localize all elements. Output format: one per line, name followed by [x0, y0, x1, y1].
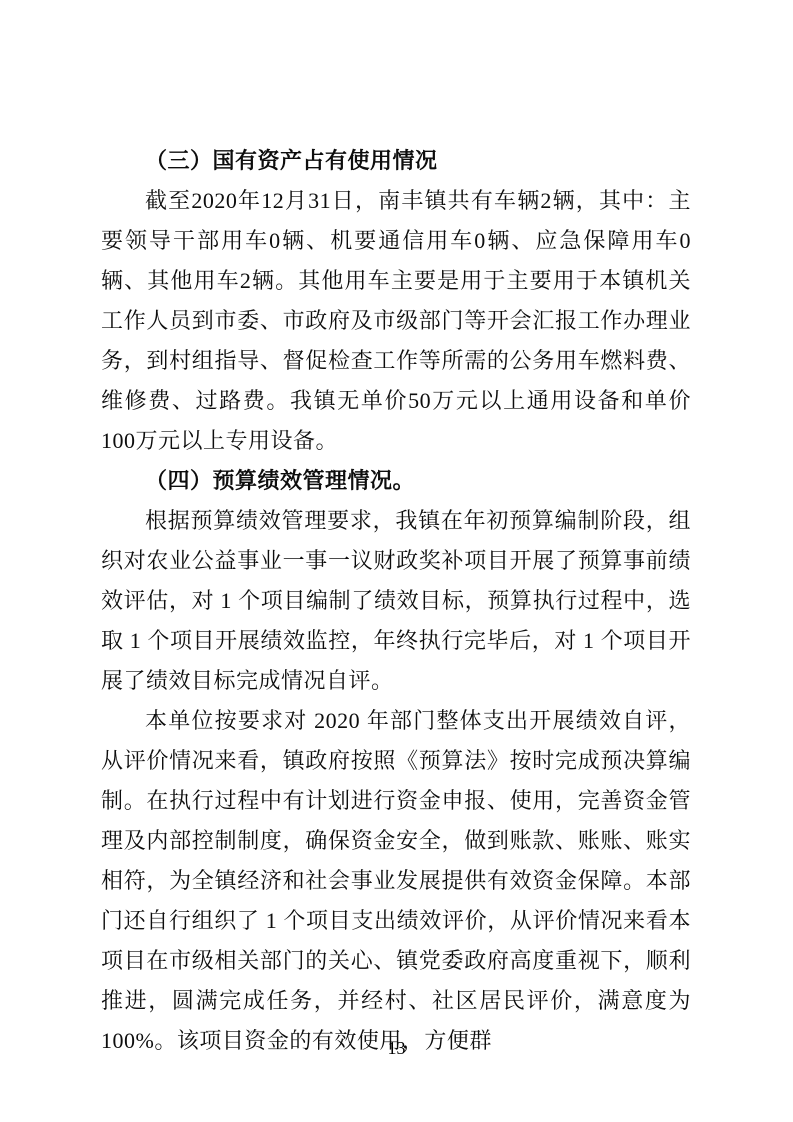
paragraph-self-evaluation: 本单位按要求对 2020 年部门整体支出开展绩效自评，从评价情况来看，镇政府按照…	[101, 701, 691, 1061]
section-heading-3: （三）国有资产占有使用情况	[101, 141, 691, 181]
page-number: 13	[0, 1036, 793, 1060]
paragraph-performance-management: 根据预算绩效管理要求，我镇在年初预算编制阶段，组织对农业公益事业一事一议财政奖补…	[101, 501, 691, 701]
paragraph-assets-usage: 截至2020年12月31日，南丰镇共有车辆2辆，其中：主要领导干部用车0辆、机要…	[101, 181, 691, 461]
section-heading-4: （四）预算绩效管理情况。	[101, 461, 691, 501]
document-body: （三）国有资产占有使用情况 截至2020年12月31日，南丰镇共有车辆2辆，其中…	[101, 141, 691, 1061]
document-page: （三）国有资产占有使用情况 截至2020年12月31日，南丰镇共有车辆2辆，其中…	[0, 0, 793, 1122]
